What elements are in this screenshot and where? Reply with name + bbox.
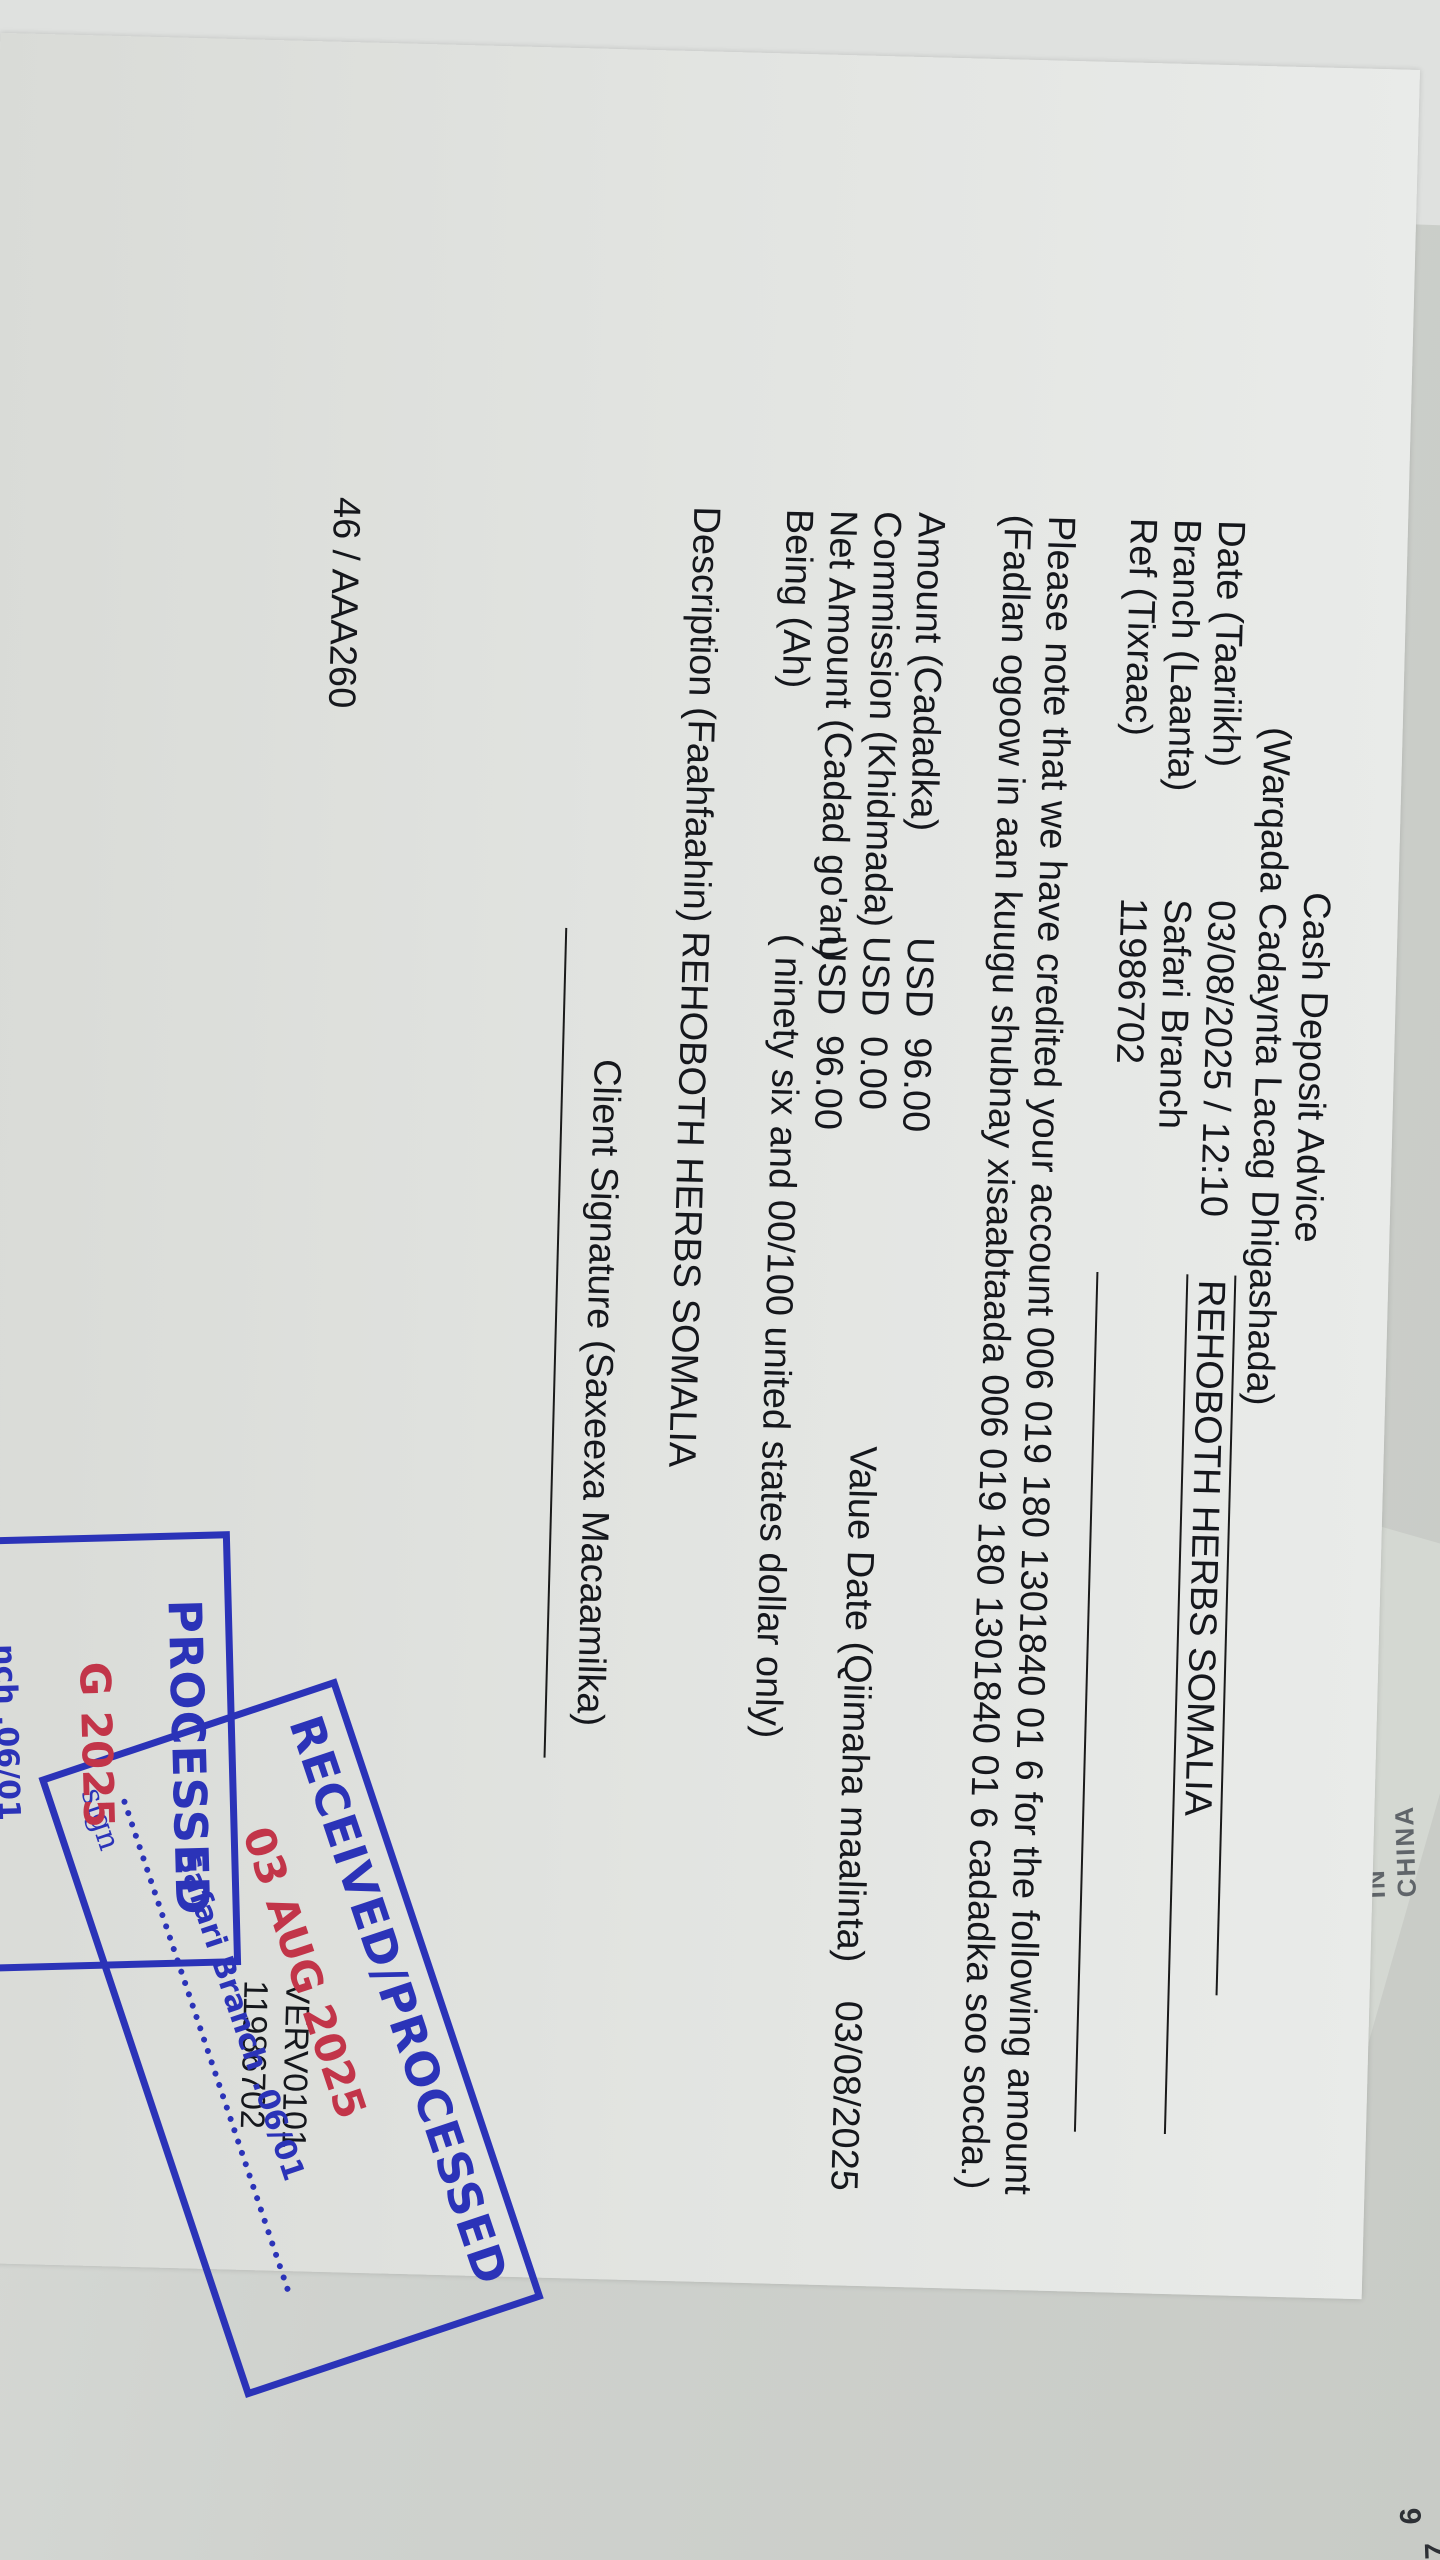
footer-code: 46 / AAA260: [319, 496, 369, 708]
value-date-value: 03/08/2025: [821, 2000, 870, 2191]
document-header: Cash Deposit Advice (Warqada Cadaynta La…: [1234, 616, 1346, 1518]
date-value: 03/08/2025 / 12:10: [1191, 900, 1243, 1218]
ruler-number: 6: [1394, 2507, 1429, 2525]
description-value: REHOBOTH HERBS SOMALIA: [659, 931, 717, 1468]
net-amount-currency: USD: [808, 934, 854, 1015]
commission-value: 0.00: [850, 1035, 896, 1110]
ref-value: 11986702: [1107, 897, 1155, 1064]
description-label: Description (Faahfaahin): [673, 506, 728, 923]
ref-label: Ref (Tixraac): [1115, 517, 1165, 736]
underline: [1074, 1272, 1099, 2132]
ruler-number: 7: [1419, 2542, 1440, 2560]
signature-label: Client Signature (Saxeexa Macaamilka): [567, 1058, 628, 1726]
stamp-branch: nch .06/01: [0, 1644, 30, 1822]
being-value: ( ninety six and 00/100 united states do…: [745, 933, 810, 1739]
amount-label: Amount (Cadadka): [901, 512, 953, 832]
deposit-advice-paper: Cash Deposit Advice (Warqada Cadaynta La…: [0, 33, 1420, 2299]
amounts-table: Amount (Cadadka) USD 96.00 Commission (K…: [1362, 70, 1420, 2299]
branch-label: Branch (Laanta): [1158, 518, 1209, 792]
stamp-date: G 2025: [72, 1661, 120, 1828]
net-amount-value: 96.00: [805, 1034, 851, 1130]
amount-currency: USD: [896, 937, 942, 1018]
stamp-title: PROCESSED: [163, 1599, 215, 1916]
value-date-label: Value Date (Qiimaha maalinta): [827, 1445, 885, 1963]
being-label: Being (Ah): [773, 508, 822, 689]
deposit-advice: Cash Deposit Advice (Warqada Cadaynta La…: [0, 33, 1420, 2299]
date-label: Date (Taariikh): [1203, 520, 1253, 768]
commission-currency: USD: [852, 935, 898, 1016]
processed-stamp: PROCESSED G 2025 nch .06/01: [0, 1531, 241, 1973]
branch-value: Safari Branch: [1149, 898, 1199, 1129]
amount-value: 96.00: [893, 1037, 939, 1133]
signature-line: [544, 928, 568, 1758]
